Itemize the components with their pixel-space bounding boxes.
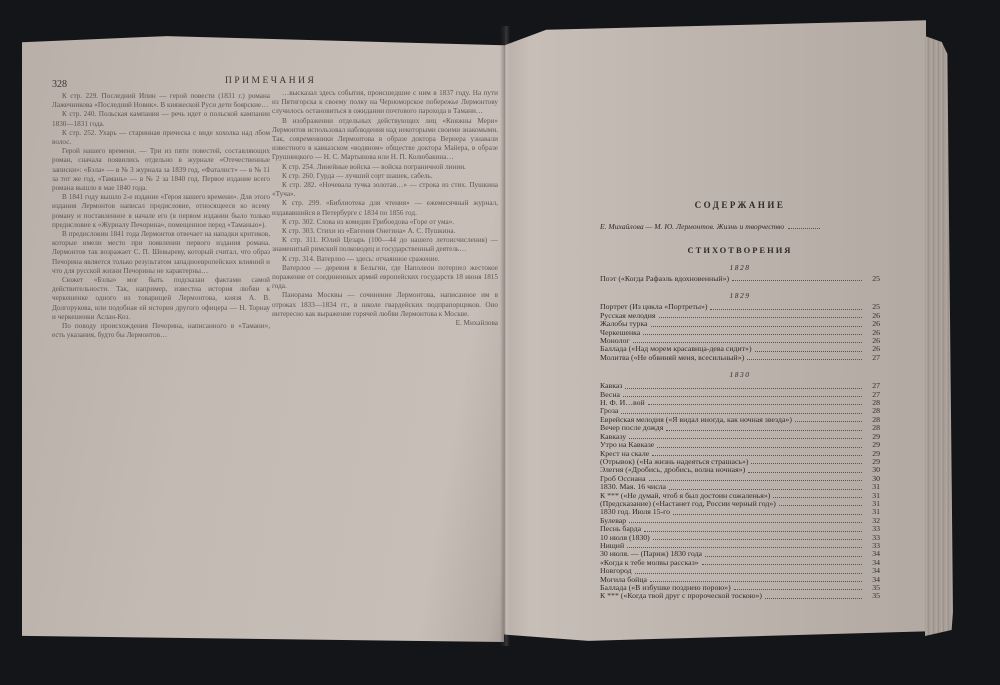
toc-entry-title: Поэт («Когда Рафаэль вдохновенный») xyxy=(600,275,729,283)
leader-dots xyxy=(657,441,862,447)
leader-dots xyxy=(653,534,862,540)
note-paragraph: Ватерлоо — деревня в Бельгии, где Наполе… xyxy=(272,264,498,292)
signature: Е. Михайлова xyxy=(272,319,498,328)
leader-dots xyxy=(748,466,862,472)
leader-dots xyxy=(673,508,862,514)
note-paragraph: К стр. 240. Польская кампания — речь иде… xyxy=(52,110,270,128)
toc-entry: Вечер после дождя28 xyxy=(600,424,880,432)
note-paragraph: К стр. 311. Юлий Цезарь (100—44 до нашег… xyxy=(272,236,498,254)
toc-year: 1829 xyxy=(600,291,880,300)
leader-dots xyxy=(625,382,862,388)
note-paragraph: Панорама Москвы — сочинение Лермонтова, … xyxy=(272,291,498,319)
leader-dots xyxy=(627,542,862,548)
leader-dots xyxy=(751,458,862,464)
note-paragraph: К стр. 303. Стихи из «Евгения Онегина» А… xyxy=(272,227,498,236)
notes-column-1: К стр. 229. Последний Ипин — герой повес… xyxy=(52,92,270,340)
toc-entry-page: 25 xyxy=(866,275,880,283)
page-edges xyxy=(925,36,953,636)
toc-entry: Поэт («Когда Рафаэль вдохновенный»)25 xyxy=(600,275,880,283)
toc-entry: Черкешенка26 xyxy=(600,329,880,337)
leader-dots xyxy=(669,483,862,489)
leader-dots xyxy=(659,312,862,318)
toc-entry: Жалобы турка26 xyxy=(600,320,880,328)
leader-dots xyxy=(635,567,862,573)
leader-dots xyxy=(747,354,862,360)
leader-dots xyxy=(644,525,862,531)
running-head: ПРИМЕЧАНИЯ xyxy=(225,76,316,86)
toc-entry: 10 июля (1830)33 xyxy=(600,534,880,542)
note-paragraph: В изображении отдельных действующих лиц … xyxy=(272,117,498,163)
leader-dots xyxy=(629,517,862,523)
toc-intro-title: Е. Михайлова — М. Ю. Лермонтов. Жизнь и … xyxy=(600,222,784,231)
leader-dots xyxy=(788,222,820,229)
book-photo: 328 ПРИМЕЧАНИЯ К стр. 229. Последний Ипи… xyxy=(0,0,1000,685)
leader-dots xyxy=(648,399,862,405)
leader-dots xyxy=(633,337,862,343)
note-paragraph: К стр. 314. Ватерлоо — здесь: отчаянное … xyxy=(272,255,498,264)
note-paragraph: К стр. 229. Последний Ипин — герой повес… xyxy=(52,92,270,110)
notes-column-2: …высказал здесь события, происшедшие с н… xyxy=(272,89,498,328)
leader-dots xyxy=(650,576,862,582)
note-paragraph: К стр. 254. Линейные войска — войска пог… xyxy=(272,163,498,172)
leader-dots xyxy=(623,391,862,397)
leader-dots xyxy=(629,433,862,439)
leader-dots xyxy=(734,584,862,590)
leader-dots xyxy=(773,492,862,498)
note-paragraph: Герой нашего времени. — Три из пяти пове… xyxy=(52,147,270,193)
toc-entry: Булевар32 xyxy=(600,517,880,525)
note-paragraph: …высказал здесь события, происшедшие с н… xyxy=(272,89,498,117)
toc-entry: Н. Ф. И…вой28 xyxy=(600,399,880,407)
toc-entry: К *** («Когда твой друг с пророческой то… xyxy=(600,592,880,600)
toc-year: 1830 xyxy=(600,370,880,379)
note-paragraph: К стр. 260. Гурда — лучший сорт шашек, с… xyxy=(272,172,498,181)
leader-dots xyxy=(621,407,862,413)
leader-dots xyxy=(705,550,862,556)
toc-entry: Молитва («Не обвиняй меня, всесильный»)2… xyxy=(600,354,880,362)
leader-dots xyxy=(702,559,862,565)
table-of-contents: СОДЕРЖАНИЕ Е. Михайлова — М. Ю. Лермонто… xyxy=(600,200,880,609)
toc-year-group: 1829Портрет (Из цикла «Портреты»)25Русск… xyxy=(600,291,880,362)
toc-intro-entry: Е. Михайлова — М. Ю. Лермонтов. Жизнь и … xyxy=(600,222,880,231)
toc-year-group: 1830Кавказ27Весна27Н. Ф. И…вой28Гроза28Е… xyxy=(600,370,880,601)
toc-entry: Кавказ27 xyxy=(600,382,880,390)
leader-dots xyxy=(652,450,862,456)
leader-dots xyxy=(643,329,862,335)
leader-dots xyxy=(732,275,862,281)
book-gutter xyxy=(500,26,510,646)
toc-year-group: 1828Поэт («Когда Рафаэль вдохновенный»)2… xyxy=(600,263,880,283)
note-paragraph: К стр. 282. «Ночевала тучка золотая…» — … xyxy=(272,181,498,199)
toc-entry-title: Молитва («Не обвиняй меня, всесильный») xyxy=(600,354,744,362)
note-paragraph: По поводу происхождения Печорина, написа… xyxy=(52,322,270,340)
toc-entry: «Когда к тебе молвы рассказ»34 xyxy=(600,559,880,567)
note-paragraph: В 1841 году вышло 2-е издание «Героя наш… xyxy=(52,193,270,230)
leader-dots xyxy=(649,475,862,481)
leader-dots xyxy=(795,416,862,422)
toc-groups: 1828Поэт («Когда Рафаэль вдохновенный»)2… xyxy=(600,263,880,601)
leader-dots xyxy=(710,303,862,309)
page-number: 328 xyxy=(52,79,67,90)
leader-dots xyxy=(755,345,862,351)
leader-dots xyxy=(651,320,863,326)
toc-entry: 1830 год. Июля 15-го31 xyxy=(600,508,880,516)
note-paragraph: К стр. 252. Ухарь — старинная прическа с… xyxy=(52,129,270,147)
leader-dots xyxy=(779,500,862,506)
toc-entry-page: 27 xyxy=(866,354,880,362)
note-paragraph: К стр. 302. Слова из комедии Грибоедова … xyxy=(272,218,498,227)
toc-title: СОДЕРЖАНИЕ xyxy=(600,200,880,210)
note-paragraph: К стр. 299. «Библиотека для чтения» — еж… xyxy=(272,199,498,217)
toc-entry-page: 35 xyxy=(866,592,880,600)
toc-section-title: СТИХОТВОРЕНИЯ xyxy=(600,245,880,255)
note-paragraph: Сюжет «Бэлы» мог быть подсказан фактами … xyxy=(52,276,270,322)
toc-year: 1828 xyxy=(600,263,880,272)
leader-dots xyxy=(666,424,862,430)
leader-dots xyxy=(765,592,862,598)
note-paragraph: В предисловии 1841 года Лермонтов отвеча… xyxy=(52,230,270,276)
toc-entry-title: К *** («Когда твой друг с пророческой то… xyxy=(600,592,762,600)
